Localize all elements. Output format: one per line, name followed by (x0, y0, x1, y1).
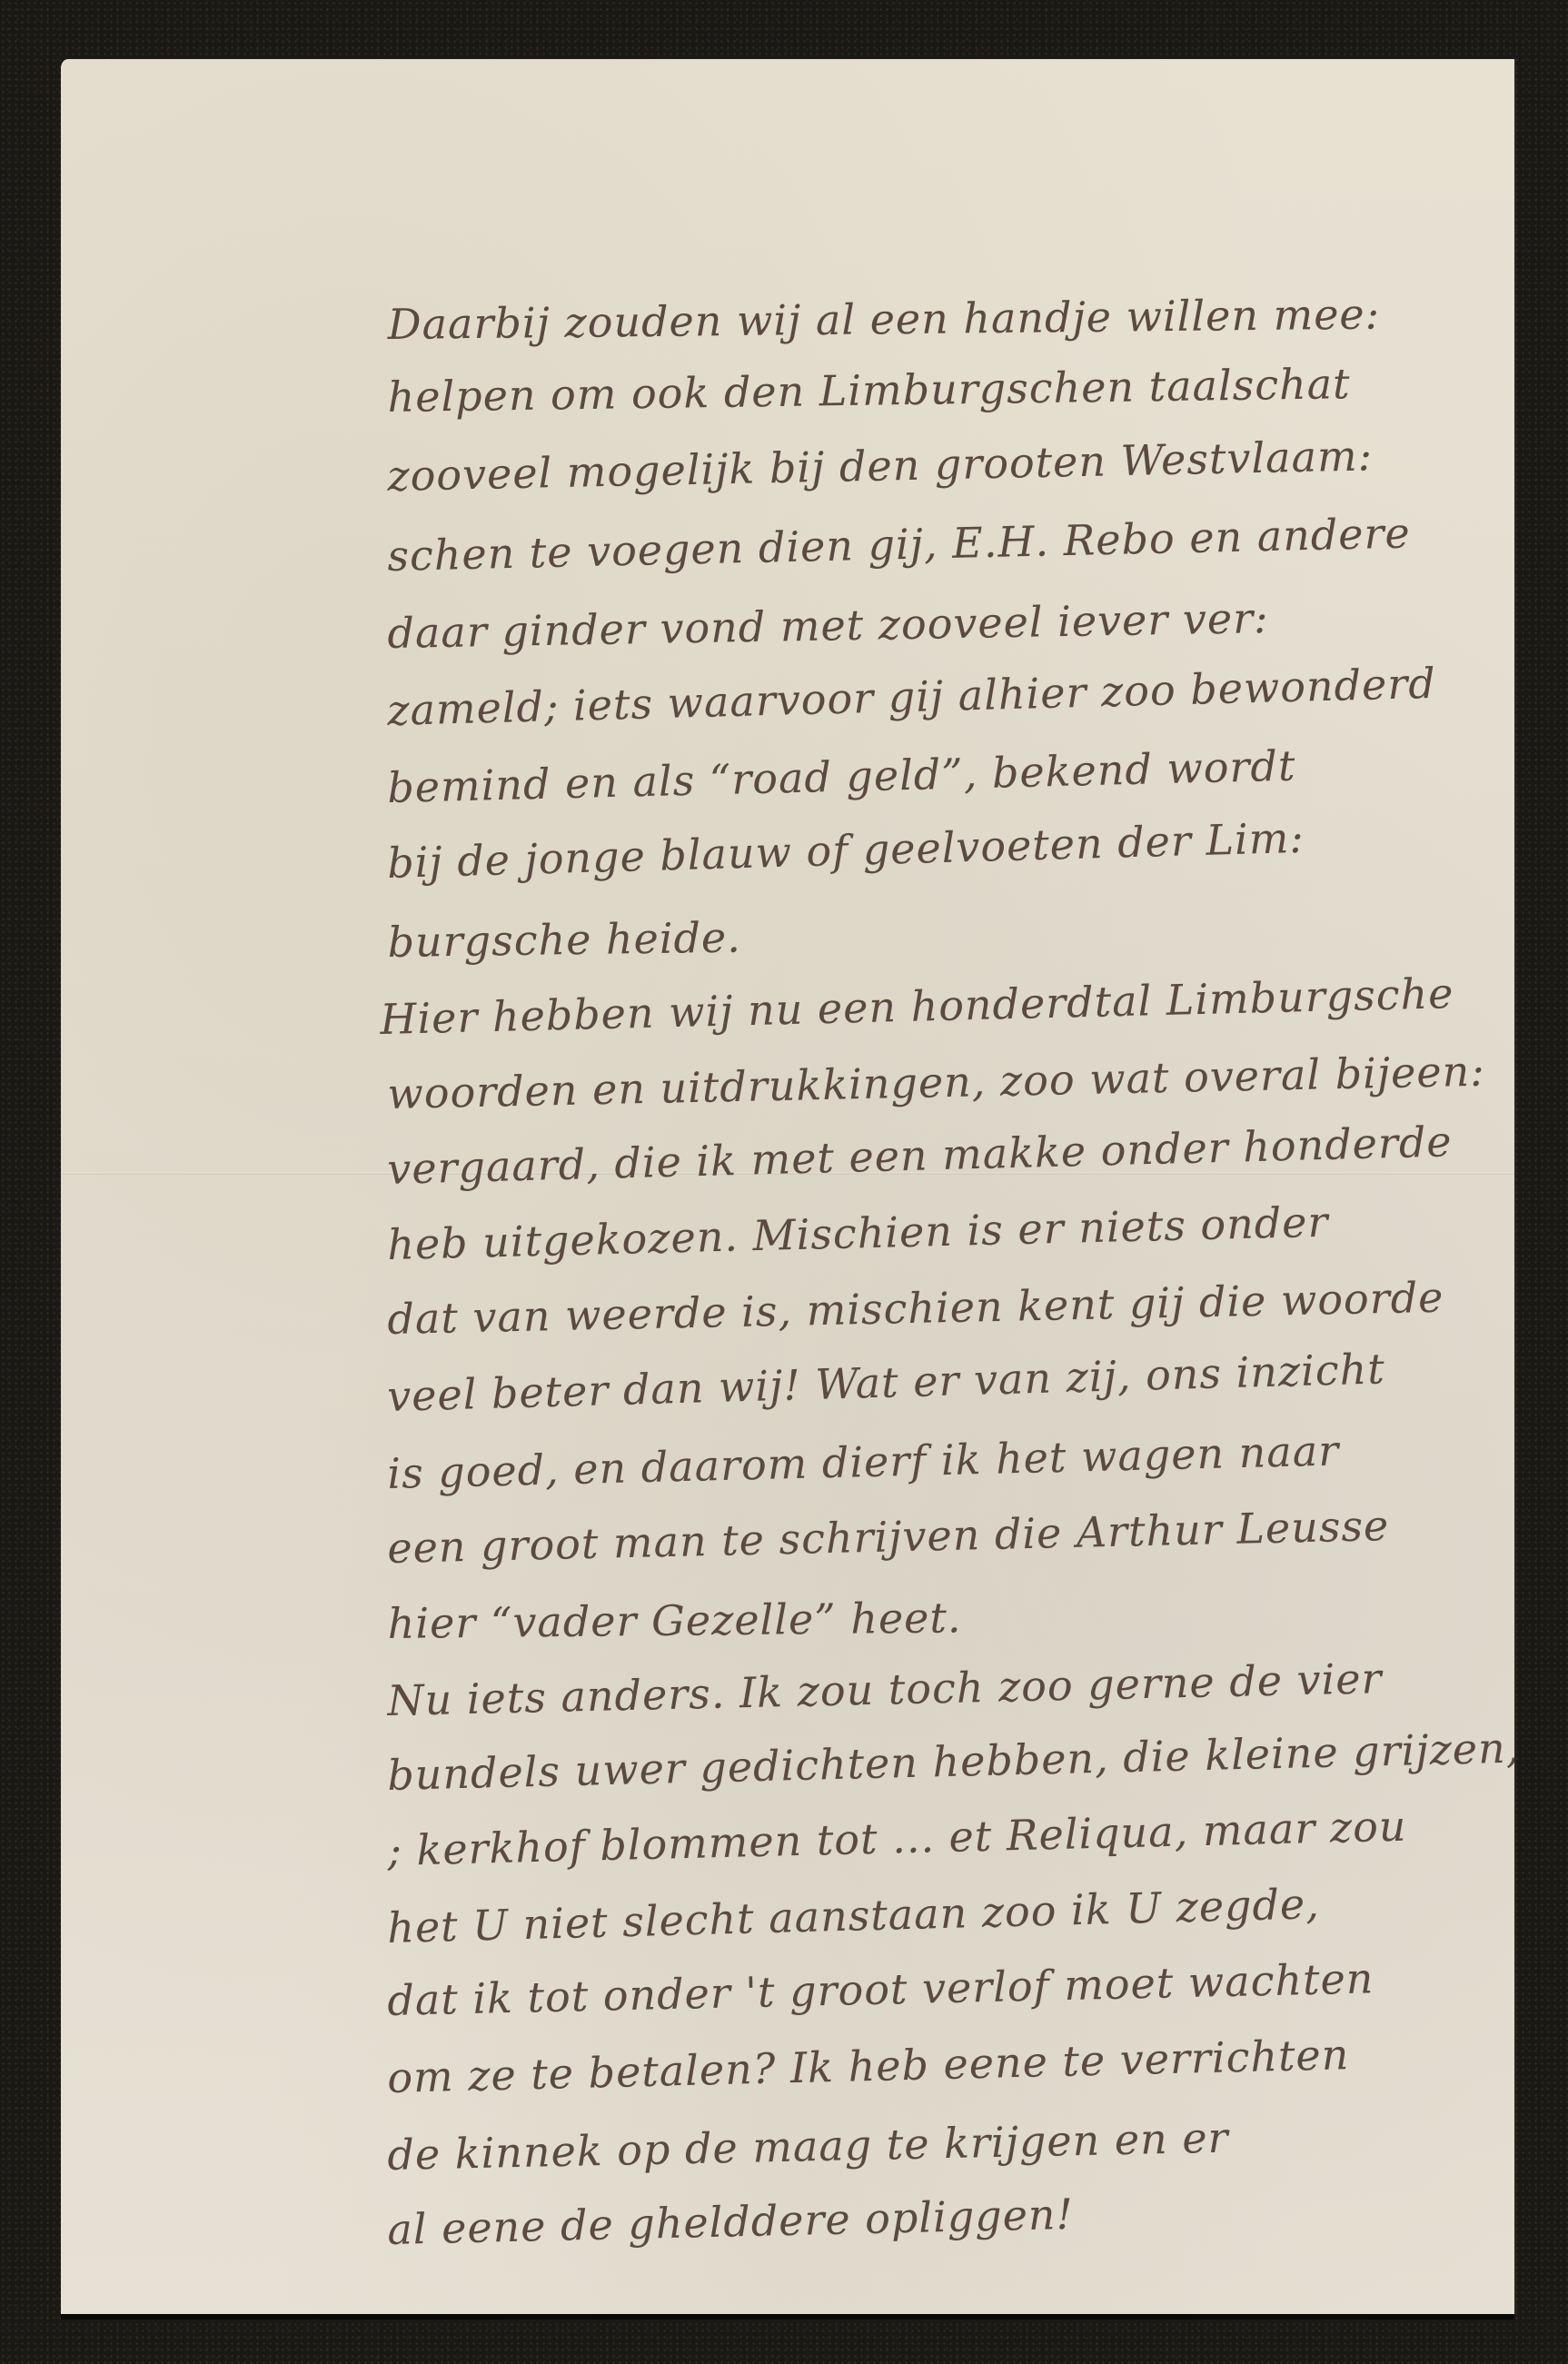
handwritten-line: Daarbij zouden wij al een handje willen … (387, 290, 1380, 349)
letter-page: Daarbij zouden wij al een handje willen … (61, 59, 1514, 2314)
handwritten-line: daar ginder vond met zooveel iever ver: (387, 593, 1269, 658)
handwritten-line: burgsche heide. (387, 913, 741, 967)
handwritten-line: Hier hebben wij nu een honderdtal Limbur… (380, 968, 1454, 1044)
handwritten-line: woorden en uitdrukkingen, zoo wat overal… (387, 1047, 1485, 1118)
handwritten-line: zameld; iets waarvoor gij alhier zoo bew… (387, 659, 1437, 735)
handwritten-line: vergaard, die ik met een makke onder hon… (387, 1117, 1454, 1194)
handwritten-line: al eene de ghelddere opliggen! (387, 2190, 1075, 2254)
handwritten-line: om ze te betalen? Ik heb eene te verrich… (387, 2030, 1350, 2102)
handwritten-line: het U niet slecht aanstaan zoo ik U zegd… (387, 1879, 1321, 1952)
handwritten-line: is goed, en daarom dierf ik het wagen na… (387, 1425, 1340, 1498)
handwritten-line: Nu iets anders. Ik zou toch zoo gerne de… (387, 1654, 1383, 1725)
handwritten-line: bij de jonge blauw of geelvoeten der Lim… (386, 813, 1305, 888)
handwritten-line: helpen om ook den Limburgschen taalschat (387, 359, 1351, 422)
handwritten-line: bundels uwer gedichten hebben, die klein… (387, 1723, 1514, 1800)
handwritten-line: dat ik tot onder 't groot verlof moet wa… (387, 1953, 1374, 2025)
handwritten-line: zooveel mogelijk bij den grooten Westvla… (387, 431, 1374, 501)
handwritten-line: ; kerkhof blommen tot ... et Reliqua, ma… (387, 1802, 1407, 1875)
handwritten-line: hier “vader Gezelle” heet. (387, 1593, 961, 1648)
handwritten-line: bemind en als “road geld”, bekend wordt (387, 741, 1296, 812)
handwritten-line: veel beter dan wij! Wat er van zij, ons … (386, 1344, 1385, 1421)
handwritten-line: de kinnek op de maag te krijgen en er (387, 2113, 1229, 2180)
handwritten-line: dat van weerde is, mischien kent gij die… (387, 1273, 1444, 1344)
handwritten-line: een groot man te schrijven die Arthur Le… (387, 1501, 1390, 1573)
handwritten-line: schen te voegen dien gij, E.H. Rebo en a… (387, 508, 1411, 581)
handwritten-line: heb uitgekozen. Mischien is er niets ond… (387, 1197, 1329, 1269)
